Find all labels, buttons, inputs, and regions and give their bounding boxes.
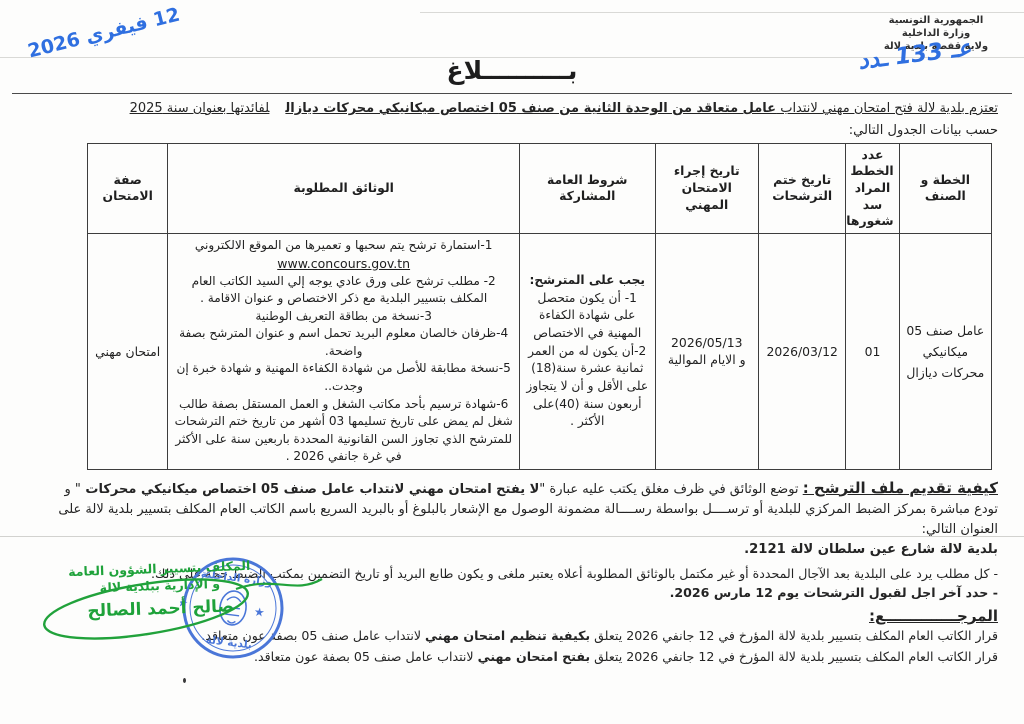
document-item: 3-نسخة من بطاقة التعريف الوطنية	[173, 308, 514, 326]
ink-dot-artifact	[183, 678, 186, 683]
header-exam-date: تاريخ إجراء الامتحان المهني	[655, 143, 758, 234]
header-exam-type: صفة الامتحان	[88, 143, 168, 234]
exam-date-value: 2026/05/13	[661, 335, 753, 350]
cell-closing-date: 2026/03/12	[758, 234, 845, 470]
header-closing-date: تاريخ ختم الترشحات	[758, 143, 845, 234]
submission-envelope-phrase: لا يفتح امتحان مهني لانتداب عامل صنف 05 …	[81, 482, 539, 497]
table-row: عامل صنف 05 ميكانيكي محركات ديازال 01 20…	[88, 234, 992, 470]
intro-part3: لفائدتها بعنوان سنة 2025	[130, 101, 270, 116]
signatory-block: المكلف بتسيير الشؤون العامة و الإدارية ب…	[45, 557, 275, 625]
reference-item1-pre: قرار الكاتب العام المكلف بتسيير بلدية لا…	[590, 628, 998, 643]
cell-documents: 1-استمارة ترشح يتم سحبها و تعميرها من ال…	[168, 234, 520, 470]
handwritten-date-stamp: 12 فيفري 2026	[26, 3, 182, 62]
document-item: 6-شهادة ترسيم بأحد مكاتب الشغل و العمل ا…	[173, 396, 514, 466]
cell-plan-category: عامل صنف 05 ميكانيكي محركات ديازال	[899, 234, 991, 470]
reference-item2-pre: قرار الكاتب العام المكلف بتسيير بلدية لا…	[590, 649, 998, 664]
header-positions-count: عدد الخطط المراد سد شغورها	[846, 143, 899, 234]
document-item: 2- مطلب ترشح على ورق عادي يوجه إلي السيد…	[173, 273, 514, 308]
intro-part1: تعتزم بلدية لالة فتح امتحان مهني لانتداب	[776, 101, 998, 116]
submission-heading: كيفية تقديم ملف الترشح :	[803, 479, 998, 497]
submission-paragraph: كيفية تقديم ملف الترشح : توضع الوثائق في…	[38, 477, 998, 561]
condition-item: 2-أن يكون له من العمر ثمانية عشرة سنة(18…	[525, 343, 650, 431]
intro-paragraph: تعتزم بلدية لالة فتح امتحان مهني لانتداب…	[38, 99, 998, 119]
cell-positions-count: 01	[846, 234, 899, 470]
condition-item: 1- أن يكون متحصل على شهادة الكفاءة المهن…	[525, 290, 650, 343]
document-item: 4-ظرفان خالصان معلوم البريد تحمل اسم و ع…	[173, 325, 514, 360]
header-plan-category: الخطة و الصنف	[899, 143, 991, 234]
cell-conditions: يجب على المترشح: 1- أن يكون متحصل على شه…	[519, 234, 655, 470]
reference-item2-subject: بفتح امتحان مهني	[478, 649, 591, 664]
document-item: 5-نسخة مطابقة للأصل من شهادة الكفاءة الم…	[173, 360, 514, 395]
reference-item1-subject: بكيفية تنظيم امتحان مهني	[425, 628, 590, 643]
municipality-address: بلدية لالة شارع عين سلطان لالة 2121.	[744, 542, 998, 557]
seal-bottom-text: بلدية لالة	[205, 634, 253, 652]
submission-text-pre: توضع الوثائق في ظرف مغلق يكتب عليه عبارة…	[539, 482, 802, 497]
title-divider	[12, 93, 1012, 94]
page-title: بــــــــــلاغ	[0, 56, 1024, 85]
reference-item2-post: لانتداب عامل صنف 05 بصفة عون متعاقد.	[254, 649, 478, 664]
header-republic: الجمهورية التونسية	[856, 14, 1016, 27]
header-ministry: وزارة الداخلية	[856, 27, 1016, 40]
intro-follow-line: حسب بيانات الجدول التالي:	[38, 123, 998, 138]
exam-date-note: و الايام الموالية	[661, 352, 753, 367]
scanned-announcement-document: 12 فيفري 2026 الجمهورية التونسية وزارة ا…	[0, 0, 1024, 724]
concours-website-url: www.concours.gov.tn	[173, 255, 514, 273]
exam-details-table: الخطة و الصنف عدد الخطط المراد سد شغورها…	[87, 143, 992, 470]
header-documents: الوثائق المطلوبة	[168, 143, 520, 234]
scan-artifact-line	[420, 12, 1024, 13]
intro-part2: عامل متعاقد من الوحدة الثانية من صنف 05 …	[285, 101, 776, 116]
cell-exam-type: امتحان مهني	[88, 234, 168, 470]
conditions-title: يجب على المترشح:	[525, 272, 650, 290]
header-conditions: شروط العامة المشاركة	[519, 143, 655, 234]
table-header-row: الخطة و الصنف عدد الخطط المراد سد شغورها…	[88, 143, 992, 234]
cell-exam-date: 2026/05/13 و الايام الموالية	[655, 234, 758, 470]
document-item: 1-استمارة ترشح يتم سحبها و تعميرها من ال…	[173, 237, 514, 255]
